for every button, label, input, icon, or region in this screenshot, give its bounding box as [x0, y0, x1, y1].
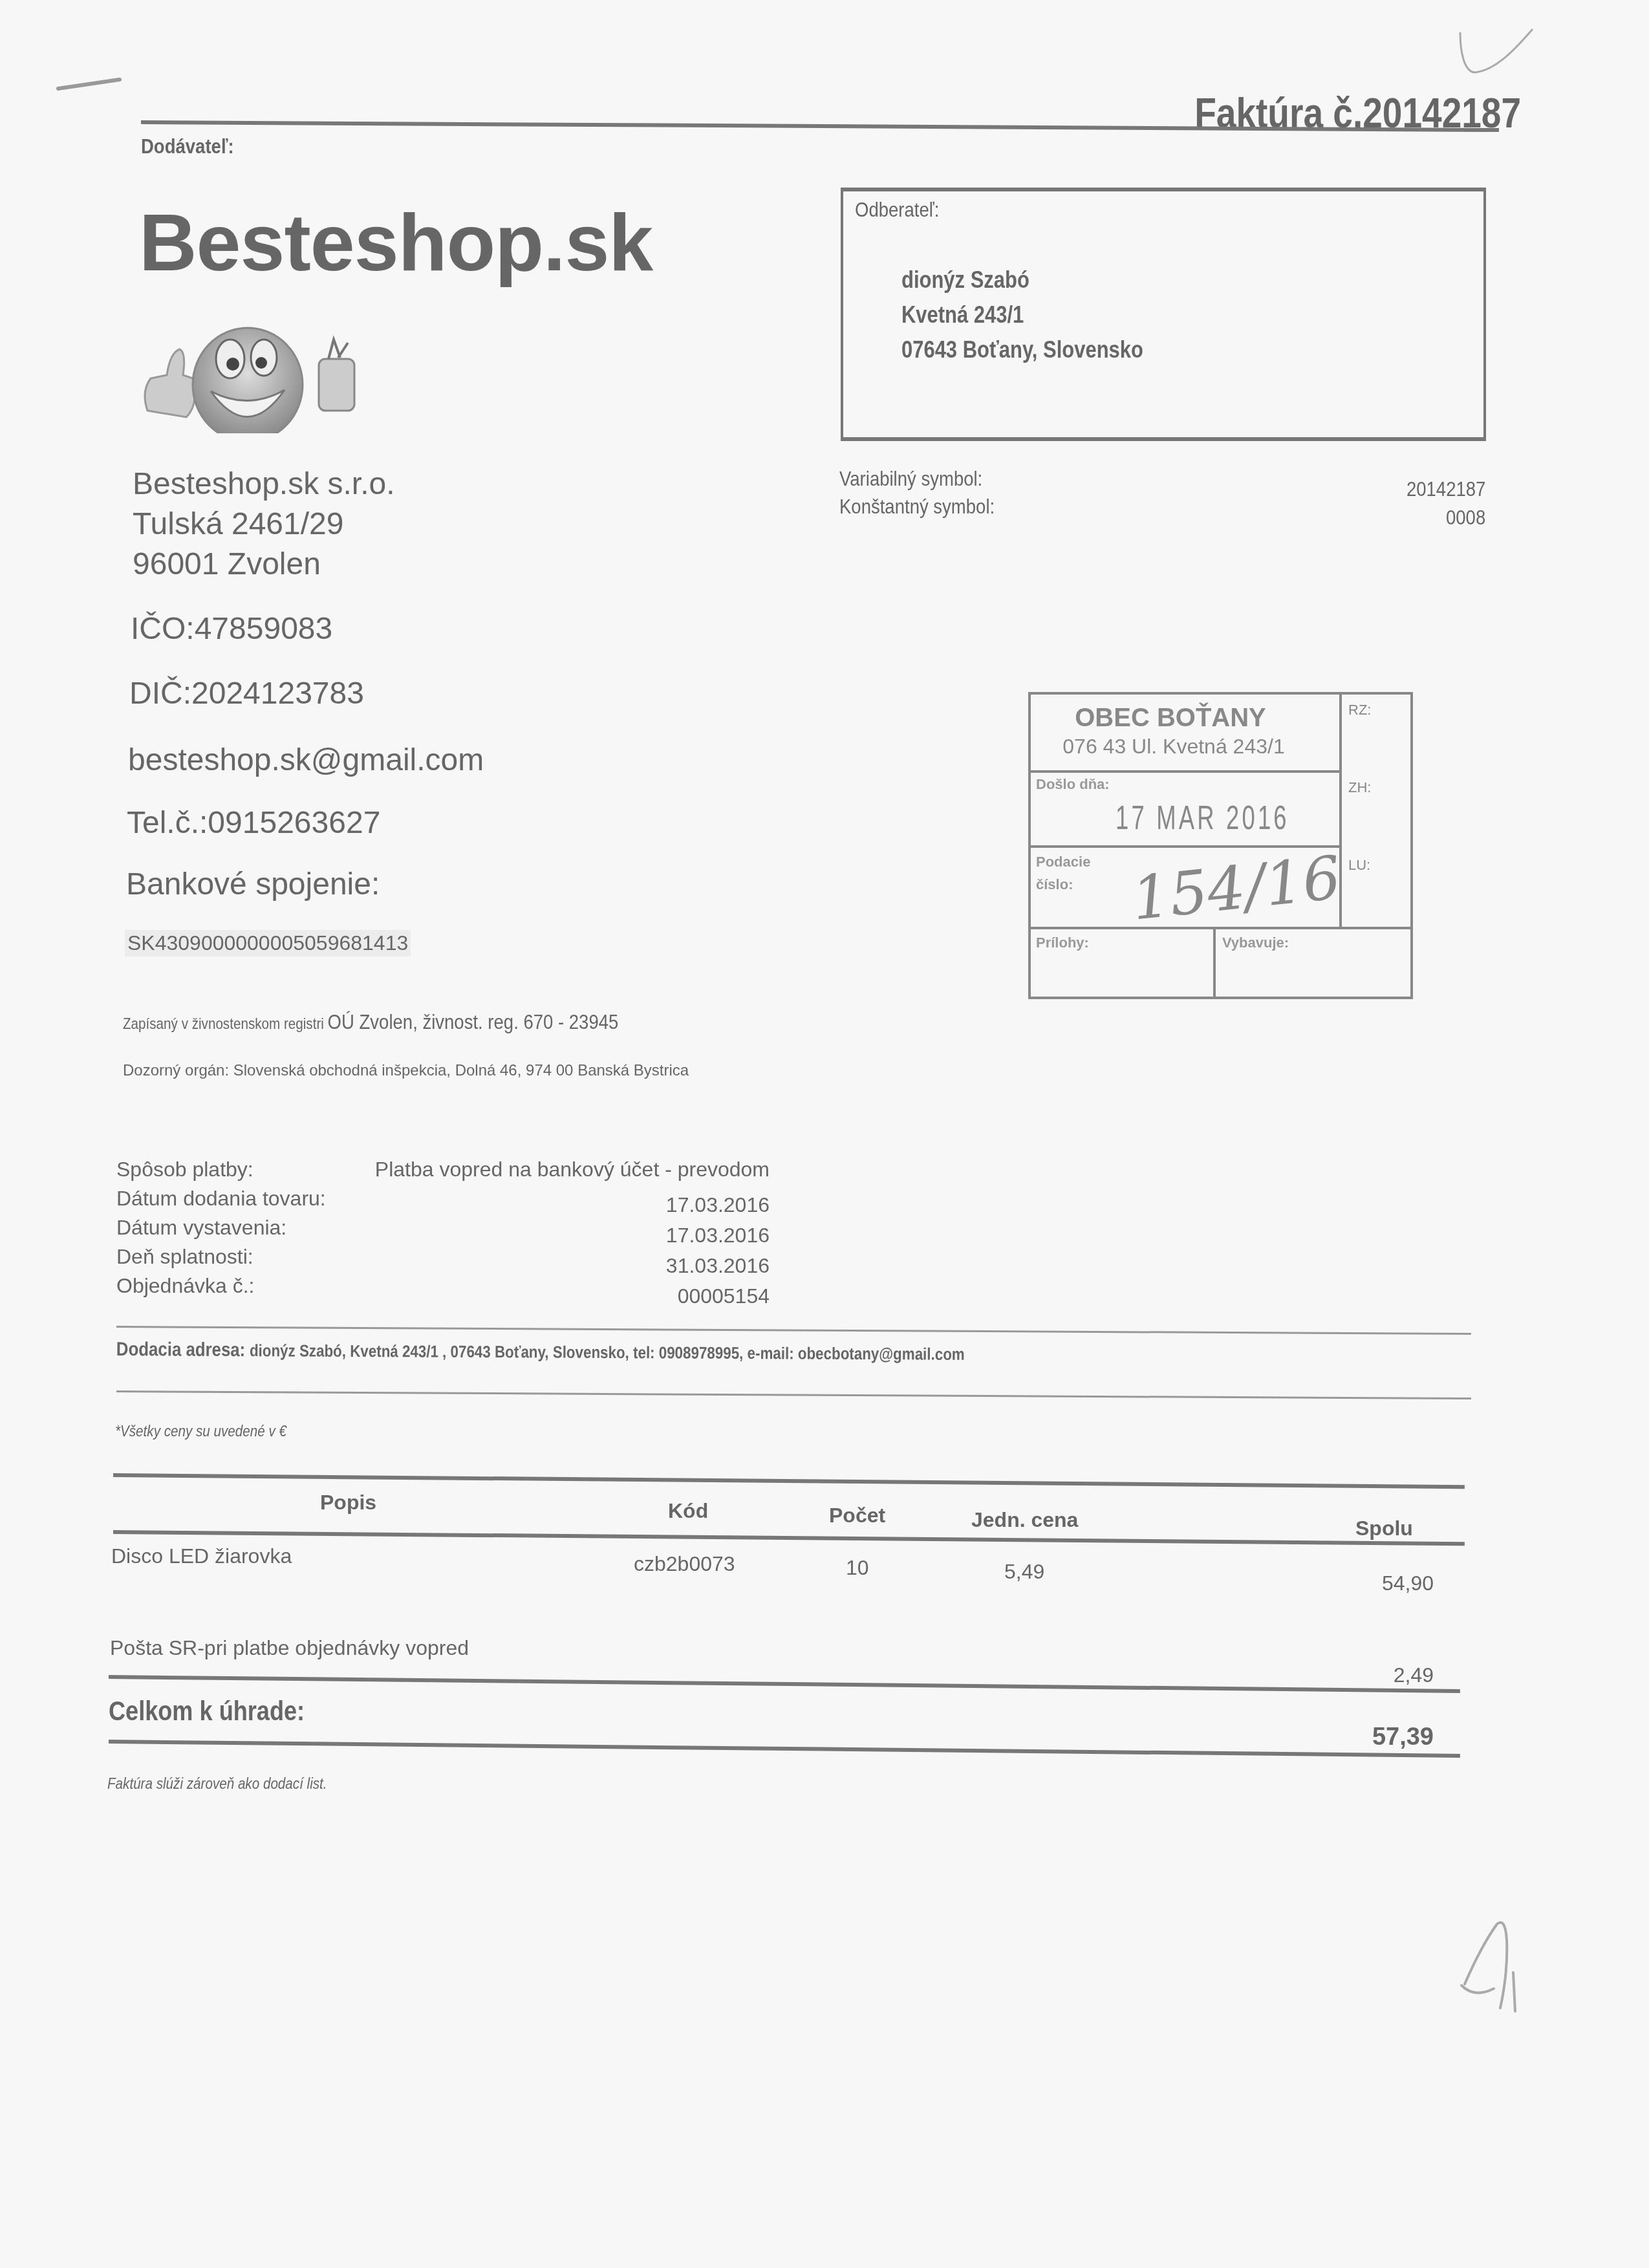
shipping-divider	[109, 1675, 1460, 1693]
variable-symbol-value: 20142187	[1394, 477, 1485, 501]
payment-label: Dátum vystavenia:	[116, 1216, 286, 1240]
payment-value: 17.03.2016	[666, 1193, 770, 1217]
registry-stamp: OBEC BOŤANY 076 43 Ul. Kvetná 243/1 Došl…	[1028, 692, 1413, 999]
pen-mark	[55, 74, 126, 94]
variable-symbol-label: Variabilný symbol:	[839, 467, 1006, 491]
supplier-address: Besteshop.sk s.r.o. Tulská 2461/29 96001…	[133, 464, 395, 585]
bank-account: SK4309000000005059681413	[125, 930, 411, 956]
supplier-phone: Tel.č.:0915263627	[127, 805, 380, 841]
constant-symbol-label: Konštantný symbol:	[839, 495, 1020, 519]
customer-label: Odberateľ:	[855, 198, 953, 222]
shipping-total: 2,49	[1394, 1663, 1434, 1687]
stamp-filing-label-2: číslo:	[1036, 876, 1073, 893]
payment-label: Deň splatnosti:	[116, 1245, 253, 1269]
cell-code: czb2b0073	[634, 1552, 735, 1576]
payment-row: Spôsob platby:Platba vopred na bankový ú…	[116, 1158, 770, 1187]
supplier-email: besteshop.sk@gmail.com	[128, 742, 484, 778]
payment-row: Objednávka č.:00005154	[116, 1274, 770, 1303]
payment-row: Dátum vystavenia:17.03.2016	[116, 1216, 770, 1245]
col-header-unit-price: Jedn. cena	[971, 1508, 1078, 1532]
handwritten-signature	[1449, 1914, 1546, 2018]
col-header-description: Popis	[320, 1491, 376, 1515]
stamp-organization: OBEC BOŤANY	[1057, 704, 1284, 733]
payment-label: Dátum dodania tovaru:	[116, 1187, 326, 1211]
table-header-divider	[113, 1530, 1465, 1546]
payment-label: Spôsob platby:	[116, 1158, 253, 1182]
stamp-attachments-label: Prílohy:	[1036, 934, 1089, 951]
prices-note: *Všetky ceny su uvedené v €	[115, 1423, 314, 1441]
customer-address: dionýz Szabó Kvetná 243/1 07643 Boťany, …	[901, 263, 1183, 367]
stamp-lu-label: LU:	[1348, 857, 1370, 874]
customer-name: dionýz Szabó	[901, 263, 1029, 297]
payment-row: Deň splatnosti:31.03.2016	[116, 1245, 770, 1274]
customer-city: 07643 Boťany, Slovensko	[901, 332, 1143, 367]
supplier-dic: DIČ:2024123783	[129, 676, 364, 711]
delivery-bottom-divider	[116, 1390, 1471, 1399]
payment-label: Objednávka č.:	[116, 1274, 254, 1298]
delivery-value: dionýz Szabó, Kvetná 243/1 , 07643 Boťan…	[250, 1341, 965, 1364]
registration-main: OÚ Zvolen, živnost. reg. 670 - 23945	[328, 1010, 619, 1033]
customer-street: Kvetná 243/1	[901, 297, 1024, 332]
constant-symbol-value: 0008	[1439, 506, 1485, 530]
registration-prefix: Zapísaný v živnostenskom registri	[123, 1015, 324, 1033]
payment-value: 17.03.2016	[666, 1224, 770, 1247]
col-header-total: Spolu	[1355, 1517, 1413, 1540]
delivery-label: Dodacia adresa:	[116, 1339, 246, 1361]
registration-line: Zapísaný v živnostenskom registri OÚ Zvo…	[123, 1010, 699, 1034]
shipping-description: Pošta SR-pri platbe objednávky vopred	[110, 1636, 469, 1660]
payment-value: Platba vopred na bankový účet - prevodom	[375, 1158, 770, 1182]
cell-total: 54,90	[1382, 1571, 1434, 1595]
customer-box: Odberateľ: dionýz Szabó Kvetná 243/1 076…	[841, 188, 1486, 441]
col-header-qty: Počet	[829, 1504, 885, 1528]
bank-label: Bankové spojenie:	[126, 867, 380, 902]
footer-note: Faktúra slúži zároveň ako dodací list.	[107, 1775, 363, 1793]
delivery-top-divider	[116, 1326, 1471, 1335]
total-label: Celkom k úhrade:	[109, 1696, 336, 1727]
stamp-received-date: 17 MAR 2016	[1115, 799, 1289, 837]
cell-unit-price: 5,49	[1004, 1560, 1044, 1584]
smiley-logo-icon	[135, 314, 393, 433]
payment-details: Spôsob platby:Platba vopred na bankový ú…	[116, 1158, 770, 1303]
table-top-divider	[113, 1473, 1465, 1489]
delivery-address: Dodacia adresa: dionýz Szabó, Kvetná 243…	[116, 1339, 1103, 1366]
cell-qty: 10	[846, 1556, 869, 1580]
total-value: 57,39	[1372, 1723, 1434, 1751]
stamp-zh-label: ZH:	[1348, 779, 1371, 796]
payment-row: Dátum dodania tovaru:17.03.2016	[116, 1187, 770, 1216]
stamp-filing-label-1: Podacie	[1036, 854, 1090, 870]
supplier-company: Besteshop.sk s.r.o.	[133, 464, 395, 504]
stamp-received-label: Došlo dňa:	[1036, 776, 1110, 793]
stamp-handles-label: Vybavuje:	[1222, 934, 1289, 951]
supplier-label: Dodávateľ:	[141, 135, 249, 158]
brand-name: Besteshop.sk	[139, 197, 652, 289]
handwritten-initial	[1455, 26, 1546, 78]
payment-value: 00005154	[678, 1284, 770, 1308]
supplier-city: 96001 Zvolen	[133, 545, 395, 585]
cell-description: Disco LED žiarovka	[111, 1544, 292, 1568]
stamp-rz-label: RZ:	[1348, 702, 1371, 718]
stamp-address: 076 43 Ul. Kvetná 243/1	[1061, 735, 1287, 759]
total-divider	[109, 1740, 1460, 1758]
supervisory-authority: Dozorný orgán: Slovenská obchodná inšpek…	[123, 1061, 705, 1081]
supplier-ico: IČO:47859083	[131, 611, 332, 647]
col-header-code: Kód	[668, 1499, 708, 1523]
supplier-street: Tulská 2461/29	[133, 504, 395, 545]
